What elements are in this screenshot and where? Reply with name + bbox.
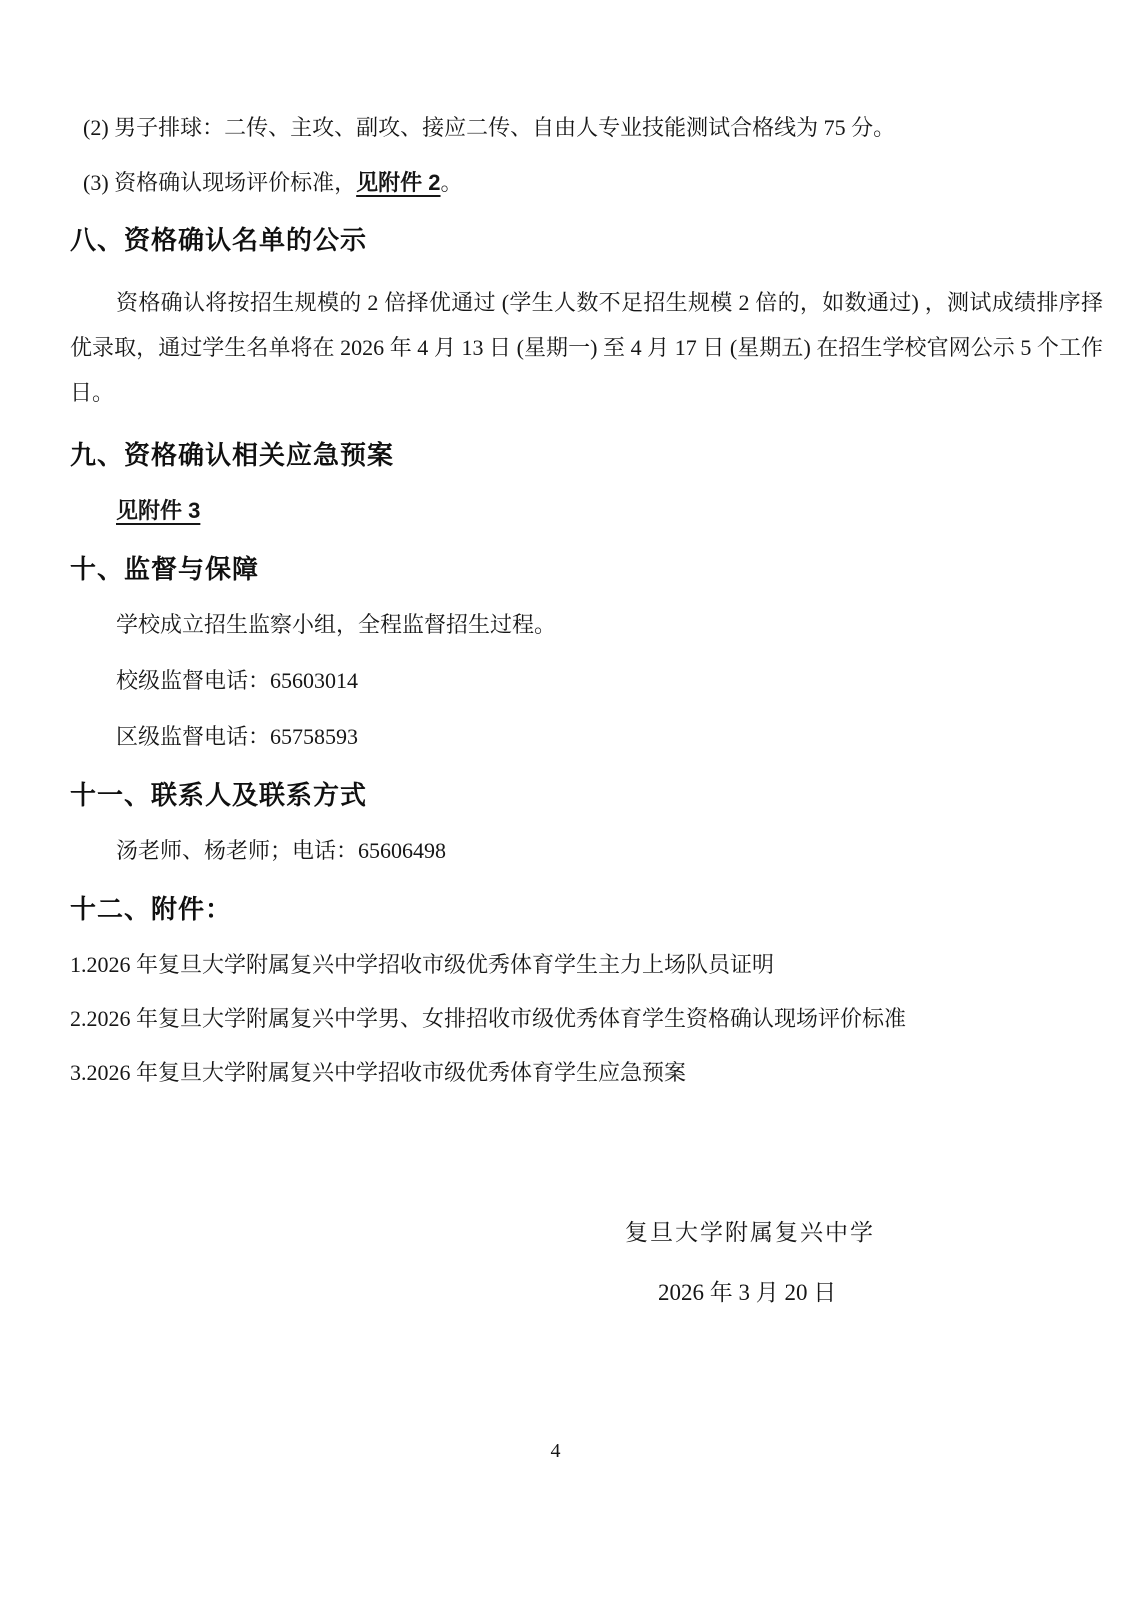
district-phone-line: 区级监督电话：65758593 [70,721,1103,753]
page-number: 4 [0,1437,1111,1465]
document-content: (2) 男子排球：二传、主攻、副攻、接应二传、自由人专业技能测试合格线为 75 … [0,0,1139,1309]
section-10-heading: 十、监督与保障 [70,551,1103,587]
attachment-3-reference-line: 见附件 3 [70,495,1103,527]
list-item-3-period: 。 [441,170,463,195]
attachment-3-reference: 见附件 3 [116,498,200,523]
signature-block: 复旦大学附属复兴中学 2026 年 3 月 20 日 [70,1217,1103,1309]
document-page: (2) 男子排球：二传、主攻、副攻、接应二传、自由人专业技能测试合格线为 75 … [0,0,1139,1611]
section-11-heading: 十一、联系人及联系方式 [70,777,1103,813]
supervision-line: 学校成立招生监察小组，全程监督招生过程。 [70,609,1103,641]
section-8-heading: 八、资格确认名单的公示 [70,222,1103,258]
section-9-heading: 九、资格确认相关应急预案 [70,437,1103,473]
attachment-2-reference: 见附件 2 [356,170,440,195]
section-8-paragraph: 资格确认将按招生规模的 2 倍择优通过 (学生人数不足招生规模 2 倍的，如数通… [70,280,1103,415]
attachment-list-item-2: 2.2026 年复旦大学附属复兴中学男、女排招收市级优秀体育学生资格确认现场评价… [70,1003,1103,1035]
list-item-3: (3) 资格确认现场评价标准，见附件 2。 [70,167,1103,199]
list-item-3-text: (3) 资格确认现场评价标准， [83,170,356,195]
list-item-2: (2) 男子排球：二传、主攻、副攻、接应二传、自由人专业技能测试合格线为 75 … [70,112,1103,144]
school-phone-line: 校级监督电话：65603014 [70,665,1103,697]
attachment-list-item-1: 1.2026 年复旦大学附属复兴中学招收市级优秀体育学生主力上场队员证明 [70,949,1103,981]
attachment-list-item-3: 3.2026 年复旦大学附属复兴中学招收市级优秀体育学生应急预案 [70,1057,1103,1089]
signature-organization: 复旦大学附属复兴中学 [625,1217,1103,1249]
signature-date: 2026 年 3 月 20 日 [658,1277,1103,1309]
section-12-heading: 十二、附件： [70,891,1103,927]
contact-line: 汤老师、杨老师；电话：65606498 [70,835,1103,867]
